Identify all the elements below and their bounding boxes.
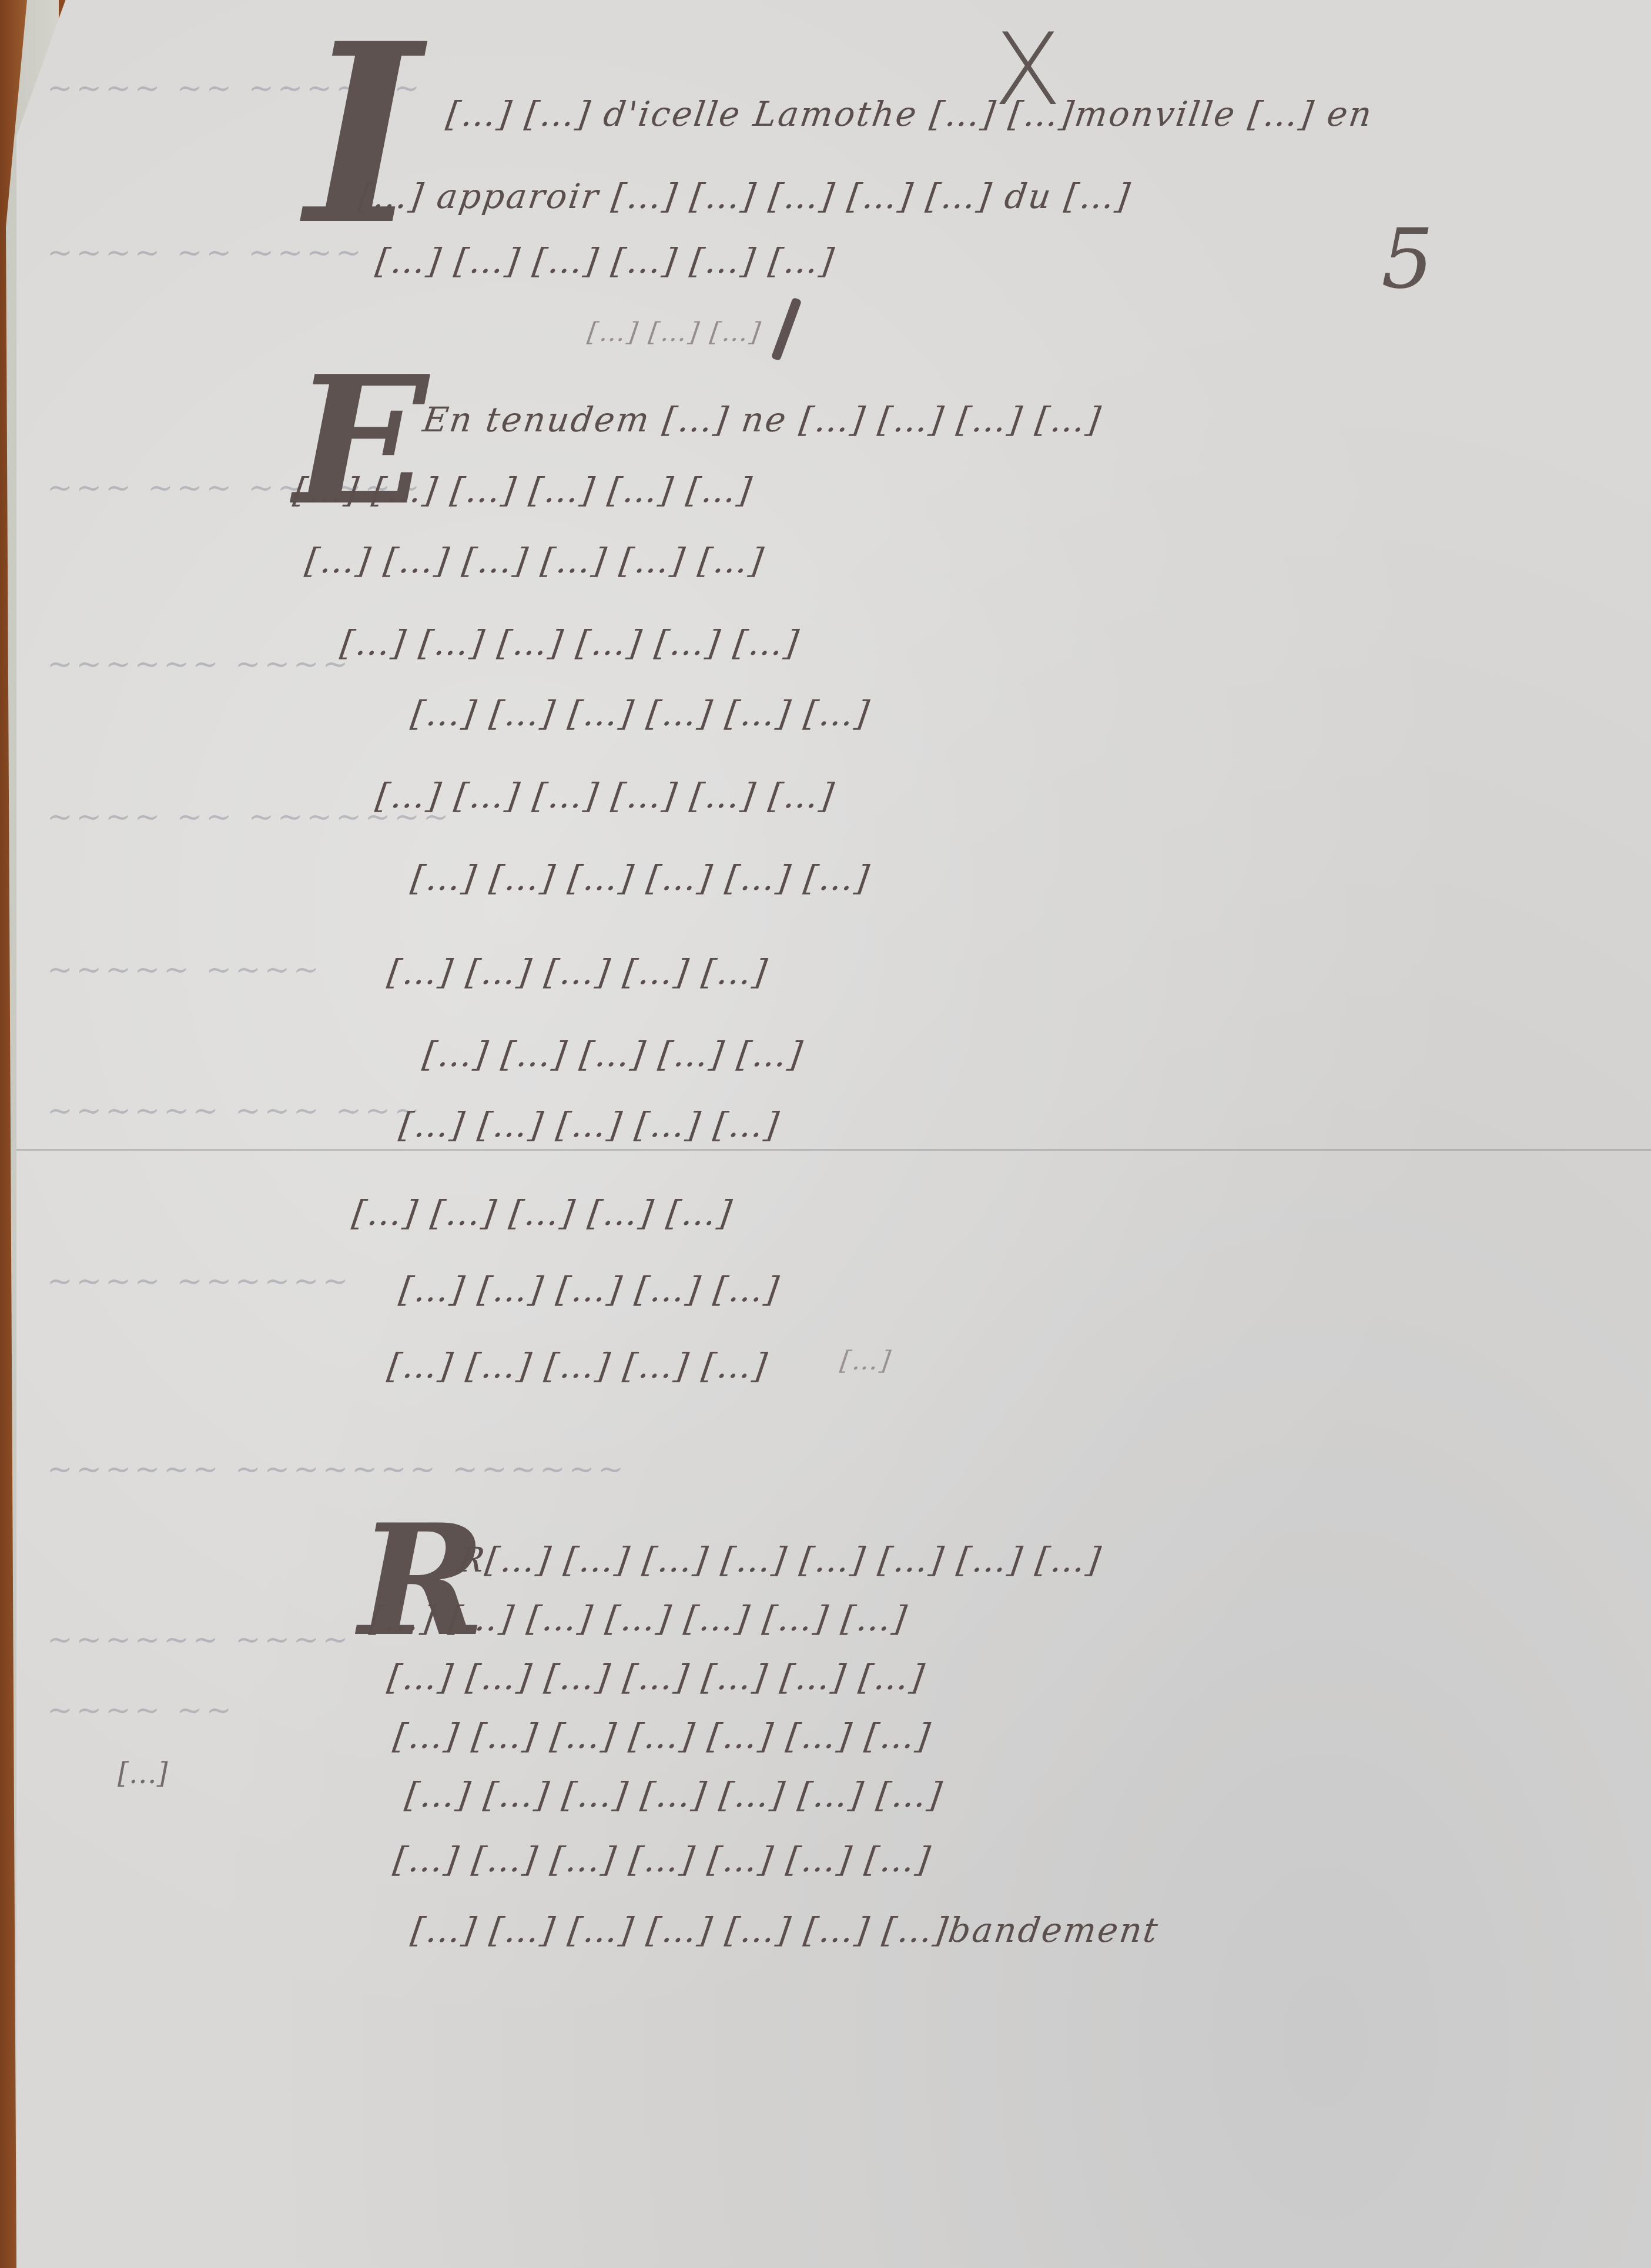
bleed-through-text: ~~~~~~ ~~~~~~~ ~~~~~~ xyxy=(47,1452,627,1487)
text-line: En tenudem […] ne […] […] […] […] xyxy=(420,400,1104,440)
text-line: […] […] […] […] […] […] xyxy=(373,776,838,816)
text-line: […] […] […] […] […] […] xyxy=(373,241,838,281)
text-line: […] […] […] […] […] […] […] xyxy=(385,1657,928,1697)
text-line: R[…] […] […] […] […] […] […] […] xyxy=(456,1540,1104,1580)
text-line: […] […] […] […] […] […] xyxy=(408,694,873,733)
text-line: […] […] […] xyxy=(585,317,763,347)
bleed-through-text: ~~~~~~ ~~~~ xyxy=(47,1622,351,1657)
text-line: […] […] […] […] […] […] […] xyxy=(403,1775,946,1815)
text-line: […] […] […] […] […] […] […] xyxy=(367,1599,910,1639)
text-line: […] […] […] […] […] xyxy=(350,1193,736,1233)
text-line: […] xyxy=(838,1346,894,1376)
text-line: […] […] […] […] […] xyxy=(420,1034,806,1074)
bleed-through-text: ~~~~~~ ~~~~ xyxy=(47,646,351,682)
text-line: […] apparoir […] […] […] […] […] du […] xyxy=(356,176,1134,216)
text-line: […] […] […] […] […] […] […]bandement xyxy=(408,1910,1161,1950)
text-line: […] […] […] […] […] […] xyxy=(303,541,767,581)
text-line: […] […] […] […] […] xyxy=(385,952,771,992)
text-line: […] […] […] […] […] […] xyxy=(338,623,802,663)
bleed-through-text: ~~~~ ~~~~~~ xyxy=(47,1264,351,1299)
text-line: […] […] […] […] […] […] […] xyxy=(391,1840,934,1880)
text-line: […] […] […] […] […] […] xyxy=(408,858,873,898)
bleed-through-text: ~~~~~~ ~~~ ~~~ xyxy=(47,1093,423,1128)
margin-number: 5 xyxy=(1381,212,1434,307)
margin-note: […] xyxy=(118,1757,168,1790)
text-line: […] […] […] […] […] […] xyxy=(291,470,755,510)
decorative-initial: I xyxy=(306,12,421,259)
text-line: […] […] d'icelle Lamothe […] […]monville… xyxy=(444,94,1375,134)
text-line: […] […] […] […] […] xyxy=(397,1105,783,1145)
text-line: […] […] […] […] […] xyxy=(385,1346,771,1386)
bleed-through-text: ~~~~~ ~~~~ xyxy=(47,952,323,987)
text-line: […] […] […] […] […] xyxy=(397,1269,783,1309)
bleed-through-text: ~~~~ ~~ xyxy=(47,1693,235,1728)
fold-crease xyxy=(16,1149,1651,1151)
text-line: […] […] […] […] […] […] […] xyxy=(391,1716,934,1756)
